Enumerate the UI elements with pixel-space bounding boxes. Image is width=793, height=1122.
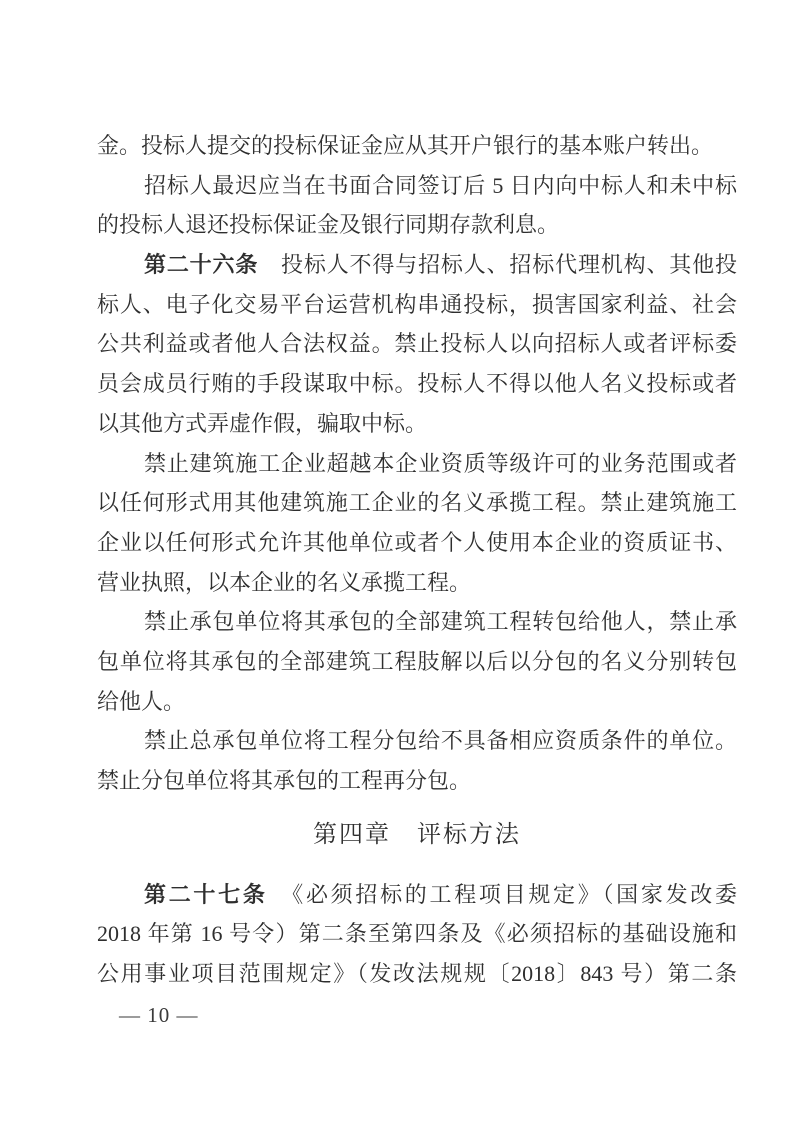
document-line: 以其他方式弄虚作假，骗取中标。 [97,404,737,444]
document-line: 金。投标人提交的投标保证金应从其开户银行的基本账户转出。 [97,126,737,166]
document-line: 2018 年第 16 号令）第二条至第四条及《必须招标的基础设施和 [97,914,737,954]
document-line-text: 投标人不得与招标人、招标代理机构、其他投 [258,252,737,277]
document-line-text: 《必须招标的工程项目规定》（国家发改委 [268,882,737,907]
document-line: 营业执照，以本企业的名义承揽工程。 [97,563,737,603]
article-number: 第二十六条 [144,252,258,277]
document-line: 以任何形式用其他建筑施工企业的名义承揽工程。禁止建筑施工 [97,483,737,523]
document-line: 第二十六条 投标人不得与招标人、招标代理机构、其他投 [97,245,737,285]
document-page: 金。投标人提交的投标保证金应从其开户银行的基本账户转出。 招标人最迟应当在书面合… [0,0,793,1122]
document-line: 公用事业项目范围规定》（发改法规规〔2018〕843 号）第二条 [97,954,737,994]
document-line: 禁止承包单位将其承包的全部建筑工程转包给他人，禁止承 [97,602,737,642]
document-line: 企业以任何形式允许其他单位或者个人使用本企业的资质证书、 [97,523,737,563]
document-text-block: 金。投标人提交的投标保证金应从其开户银行的基本账户转出。 招标人最迟应当在书面合… [97,126,737,994]
article-number: 第二十七条 [144,882,268,907]
document-line: 公共利益或者他人合法权益。禁止投标人以向招标人或者评标委 [97,324,737,364]
document-line: 的投标人退还投标保证金及银行同期存款利息。 [97,205,737,245]
document-line: 标人、电子化交易平台运营机构串通投标，损害国家利益、社会 [97,285,737,325]
document-line: 给他人。 [97,682,737,722]
document-line: 禁止总承包单位将工程分包给不具备相应资质条件的单位。 [97,721,737,761]
document-line: 包单位将其承包的全部建筑工程肢解以后以分包的名义分别转包 [97,642,737,682]
chapter-heading: 第四章 评标方法 [97,815,737,855]
document-line: 招标人最迟应当在书面合同签订后 5 日内向中标人和未中标 [97,166,737,206]
page-number: — 10 — [119,1001,199,1029]
document-line: 禁止分包单位将其承包的工程再分包。 [97,761,737,801]
document-line: 第二十七条 《必须招标的工程项目规定》（国家发改委 [97,875,737,915]
document-line: 员会成员行贿的手段谋取中标。投标人不得以他人名义投标或者 [97,364,737,404]
document-line: 禁止建筑施工企业超越本企业资质等级许可的业务范围或者 [97,444,737,484]
